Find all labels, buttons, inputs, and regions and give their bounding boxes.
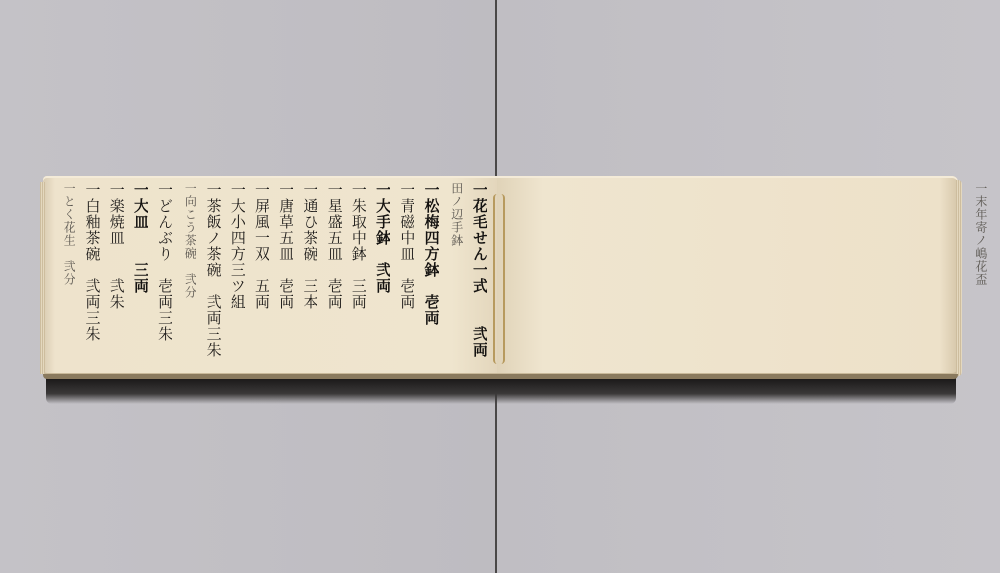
entry-column: 一星盛五皿 壱両 — [317, 182, 341, 370]
entry-column: 一屏風一双 五両 — [245, 182, 269, 370]
entry-column: 田ノ辺手鉢 — [439, 182, 463, 370]
book-shadow — [46, 378, 956, 404]
entry-column: 一末年寄ノ嶋花盃 — [959, 182, 987, 370]
entry-column: 一白釉茶碗 弐両三朱 — [75, 182, 99, 370]
entry-column: 一どんぶり 壱両三朱 — [148, 182, 172, 370]
left-page-columns: 一花毛せん一式 弐両 田ノ辺手鉢 一松梅四方鉢 壱両 一青磁中皿 壱両 一大手鉢… — [51, 182, 487, 370]
entry-column: 一花毛せん一式 弐両 — [463, 182, 487, 370]
entry-column: 一大手鉢 弐両 — [366, 182, 390, 370]
entry-column: 一通ひ茶碗 三本 — [293, 182, 317, 370]
entry-column: 一大小四方三ツ組 — [221, 182, 245, 370]
thread-binding — [493, 194, 505, 364]
entry-column: 一青磁中皿 壱両 — [390, 182, 414, 370]
manuscript-book: 一花毛せん一式 弐両 田ノ辺手鉢 一松梅四方鉢 壱両 一青磁中皿 壱両 一大手鉢… — [43, 176, 958, 380]
entry-column: 一向こう茶碗 弐分 — [172, 182, 196, 370]
right-page-columns: 一御代隠勝吉 壱両 一九赤唐盃 壱両 一菊ノ新 壱両 一小ヤ武久 壱両 一水仙中… — [959, 182, 1000, 370]
left-page-edge — [40, 182, 45, 374]
entry-column: 一朱取中鉢 三両 — [342, 182, 366, 370]
entry-column: 一唐草五皿 壱両 — [269, 182, 293, 370]
book-bottom-edge — [43, 374, 958, 379]
entry-column: 一中乙 弐分 — [987, 182, 1000, 370]
entry-column: 一大皿 三両 — [124, 182, 148, 370]
right-page: 一御代隠勝吉 壱両 一九赤唐盃 壱両 一菊ノ新 壱両 一小ヤ武久 壱両 一水仙中… — [497, 176, 958, 376]
entry-column: 一茶飯ノ茶碗 弐両三朱 — [196, 182, 220, 370]
entry-column: 一松梅四方鉢 壱両 — [414, 182, 438, 370]
left-page: 一花毛せん一式 弐両 田ノ辺手鉢 一松梅四方鉢 壱両 一青磁中皿 壱両 一大手鉢… — [43, 176, 497, 376]
entry-column: 一とく花生 弐分 — [51, 182, 75, 370]
entry-column: 一楽焼皿 弐朱 — [100, 182, 124, 370]
